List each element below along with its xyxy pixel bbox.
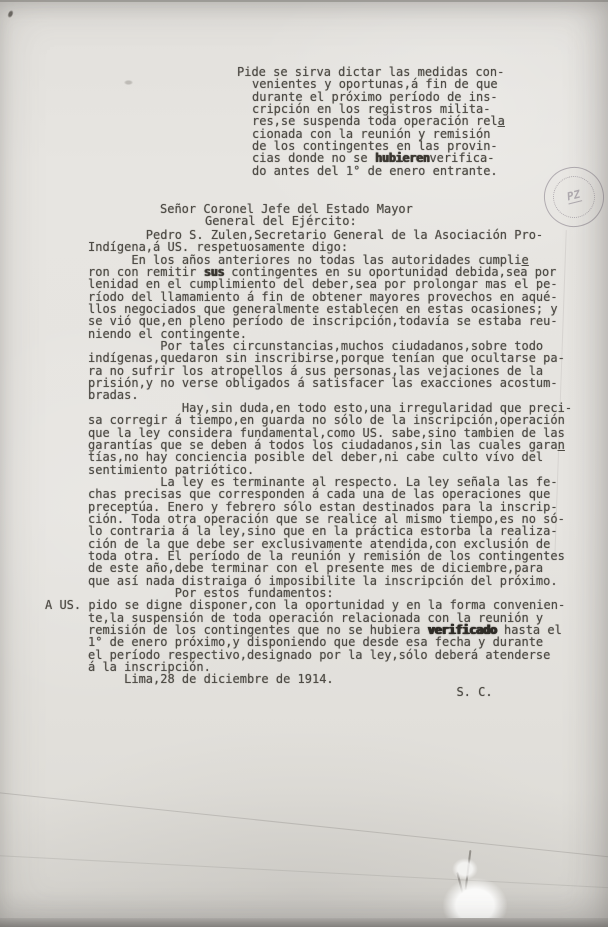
signature: S. C. [88,686,572,698]
addressee-line-2: General del Ejército: [205,215,413,227]
library-stamp: PZ [538,161,608,234]
addressee-block: Señor Coronel Jefe del Estado Mayor Gene… [160,203,413,228]
text-line: do antes del 1° de enero entrante. [252,165,505,177]
letter-body: Pedro S. Zulen,Secretario General de la … [88,229,572,698]
stamp-monogram: PZ [566,190,582,205]
paper-bright-spot [452,858,478,880]
petition-summary-block: Pide se sirva dictar las medidas con-ven… [237,66,505,177]
ink-speck [7,9,15,18]
scanned-letter-page: Pide se sirva dictar las medidas con-ven… [0,0,608,927]
text-line: prisión,y no verse obligados á satisface… [88,377,572,389]
scan-edge-bottom [0,918,608,927]
paper-smudge [124,80,133,85]
paper-crease [0,854,608,892]
scan-edge-top [0,0,608,2]
paper-crease [0,788,608,864]
